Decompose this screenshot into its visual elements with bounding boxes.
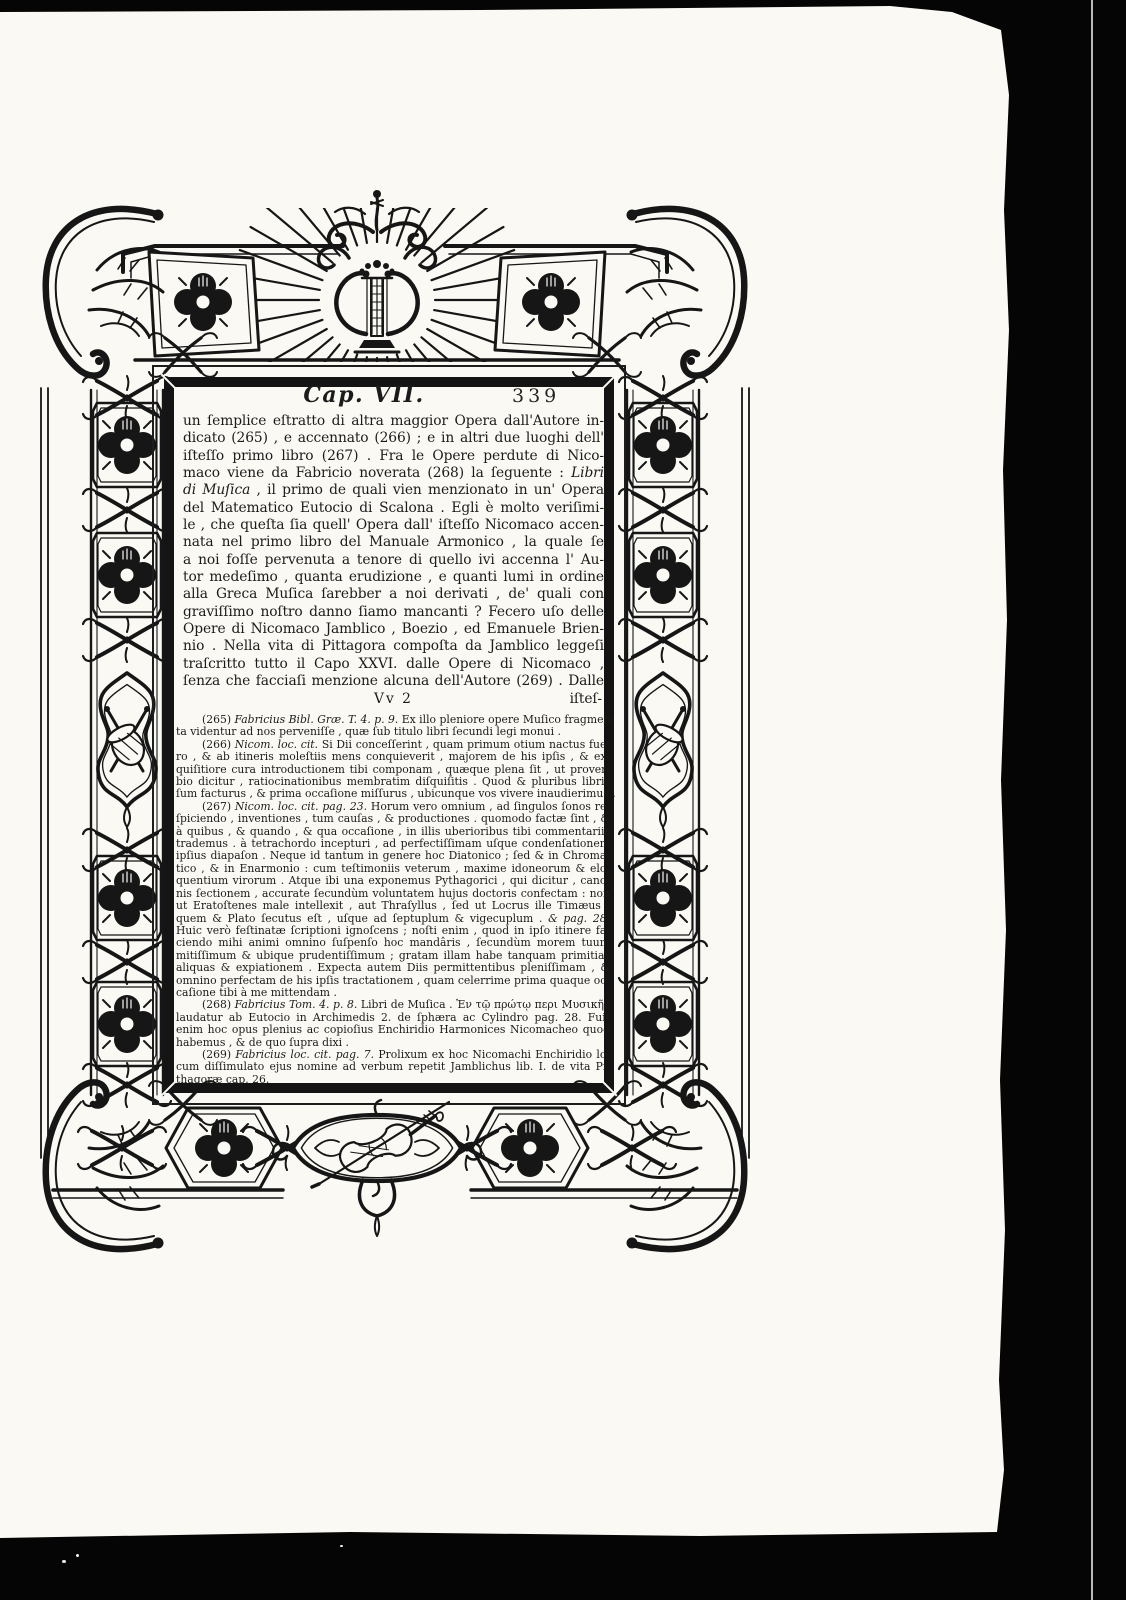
text-line: nata nel primo libro del Manuale Armonic…	[183, 534, 604, 551]
main-text-block: un ſemplice eſtratto di altra maggior Op…	[183, 413, 604, 708]
signature-line: Vv 2 iſteſ-	[183, 691, 604, 708]
text-line: dicato (265) , e accennato (266) ; e in …	[183, 430, 604, 447]
right-ornament-column	[619, 376, 707, 1107]
chapter-heading: Cap. VII.	[174, 382, 554, 408]
text-line: di Muſica , il primo de quali vien menzi…	[183, 482, 604, 499]
text-line: maco viene da Fabricio noverata (268) la…	[183, 465, 604, 482]
scan-speck	[340, 1545, 343, 1547]
bottom-pendant-icon	[359, 1180, 394, 1216]
text-line: nio . Nella vita di Pittagora compoſta d…	[183, 638, 604, 655]
top-left-rosette-panel	[149, 252, 259, 356]
text-line: un ſemplice eſtratto di altra maggior Op…	[183, 413, 604, 430]
catchword: iſteſ-	[570, 691, 602, 708]
violin-icon	[273, 1100, 481, 1196]
text-line: ſenza che facciaſi menzione alcuna dell'…	[183, 673, 604, 690]
text-line: iſteſſo primo libro (267) . Fra le Opere…	[183, 448, 604, 465]
text-line: a noi foſſe pervenuta a tenore di quello…	[183, 552, 604, 569]
text-line: del Matematico Eutocio di Scalona . Egli…	[183, 500, 604, 517]
text-line: le , che queſta ſia quell' Opera dall' i…	[183, 517, 604, 534]
scan-speck	[76, 1554, 79, 1557]
text-line: graviſſimo noſtro danno ſiamo mancanti ?…	[183, 604, 604, 621]
text-line: traſcritto tutto il Capo XXVI. dalle Ope…	[183, 656, 604, 673]
top-right-rosette-panel	[495, 252, 605, 356]
bottom-ornament-band	[78, 1100, 676, 1236]
footnote-line: thagoræ cap. 26.	[176, 1074, 610, 1086]
scanned-book-page: Cap. VII. 339 un ſemplice eſtratto di al…	[0, 0, 1126, 1600]
page-number: 339	[512, 385, 560, 407]
footnotes-block: (265) Fabricius Bibl. Græ. T. 4. p. 9. E…	[176, 714, 610, 1086]
scan-speck	[62, 1560, 66, 1563]
text-line: tor medeſimo , quanta erudizione , e qua…	[183, 569, 604, 586]
lyre-icon	[320, 243, 434, 357]
scan-edge-line	[1091, 0, 1093, 1600]
text-line: alla Greca Muſica ſarebber a noi derivat…	[183, 586, 604, 603]
text-line: Opere di Nicomaco Jamblico , Boezio , ed…	[183, 621, 604, 638]
gathering-signature: Vv 2	[183, 691, 604, 708]
